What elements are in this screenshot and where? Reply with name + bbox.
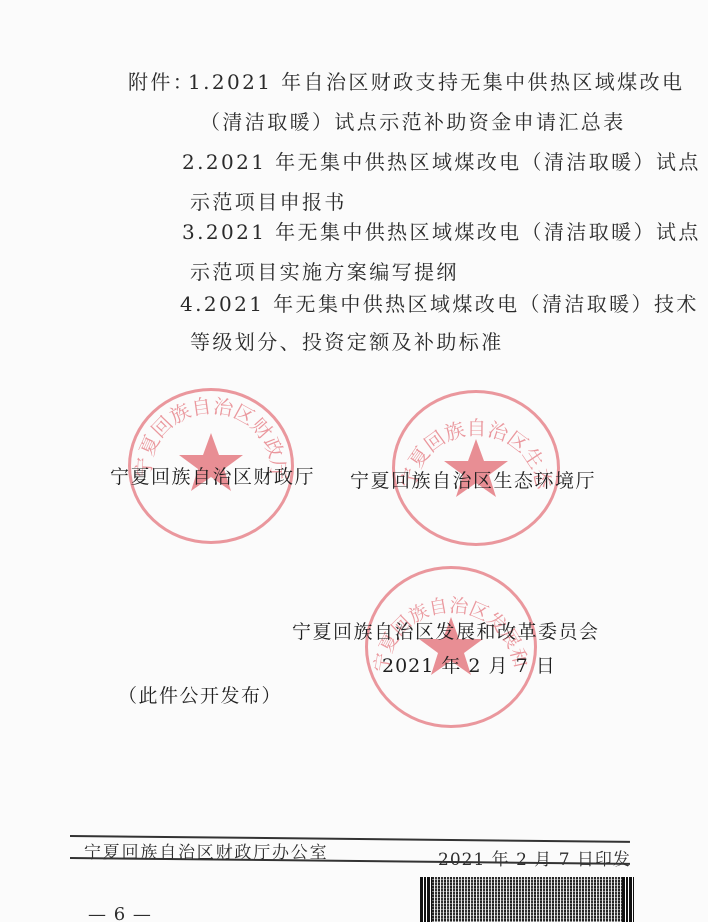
attachment-3-line1: 3.2021 年无集中供热区域煤改电（清洁取暖）试点 (182, 216, 701, 245)
attachment-2-line1: 2.2021 年无集中供热区域煤改电（清洁取暖）试点 (182, 146, 701, 175)
attachment-4-line1: 4.2021 年无集中供热区域煤改电（清洁取暖）技术 (180, 288, 699, 317)
attachment-4-line2: 等级划分、投资定额及补助标准 (190, 326, 504, 355)
attachments-label: 附件： (128, 66, 195, 95)
document-page: 附件： 1.2021 年自治区财政支持无集中供热区域煤改电 （清洁取暖）试点示范… (0, 0, 708, 922)
signature-finance: 宁夏回族自治区财政厅 (110, 462, 315, 489)
attachment-2-line2: 示范项目申报书 (190, 186, 347, 215)
public-release-note: （此件公开发布） (118, 681, 282, 708)
page-number: — 6 — (88, 904, 152, 922)
signature-development: 宁夏回族自治区发展和改革委员会 (292, 617, 600, 644)
barcode-edge-right (622, 877, 634, 922)
attachment-1-line2: （清洁取暖）试点示范补助资金申请汇总表 (200, 106, 626, 135)
attachment-1-line1: 1.2021 年自治区财政支持无集中供热区域煤改电 (188, 66, 684, 95)
barcode-image (420, 877, 634, 922)
signature-date: 2021 年 2 月 7 日 (382, 651, 556, 678)
development-seal: 宁夏回族自治区发展和改革委员会 (365, 566, 537, 728)
footer-print-date: 2021 年 2 月 7 日印发 (438, 845, 631, 870)
signature-ecology: 宁夏回族自治区生态环境厅 (350, 466, 596, 493)
development-seal-graphic: 宁夏回族自治区发展和改革委员会 (368, 569, 534, 725)
attachment-3-line2: 示范项目实施方案编写提纲 (190, 256, 459, 285)
barcode-edge-left (420, 877, 432, 922)
